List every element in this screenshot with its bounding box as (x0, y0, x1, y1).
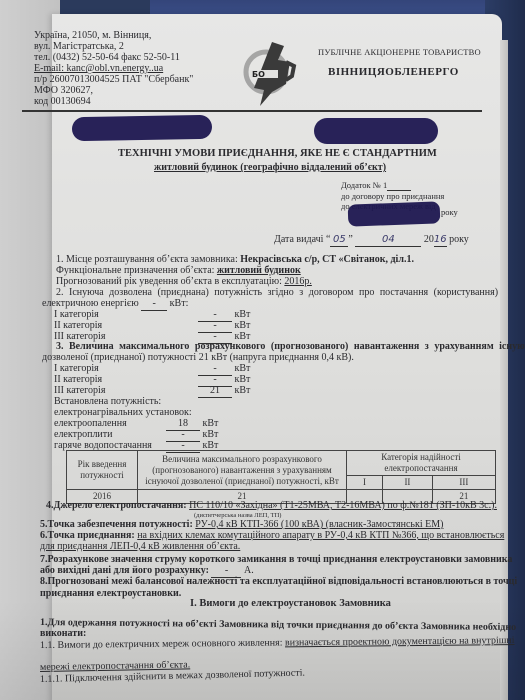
issue-date-label: Дата видачі (274, 234, 323, 245)
th-category: Категорія надійності електропостачання (347, 451, 496, 476)
req-p1-line2: виконати: (40, 628, 86, 640)
item4-row: 4.Джерело електропостачання: ПС 110/10 «… (46, 500, 497, 512)
item5-label: 5.Точка забезпечення потужності: (40, 519, 193, 530)
unit: кВт (235, 309, 251, 320)
issue-year: 16 (434, 234, 447, 247)
purpose-label: Функціональне призначення об’єкта: (56, 265, 214, 276)
section2-prefix: електричною енергією (42, 298, 139, 309)
item7-prefix: або вихідні дані для його розрахунку: (40, 565, 209, 576)
annex-label: Додаток № 1 (341, 180, 387, 190)
redaction-mark (348, 201, 441, 226)
unit: кВт (235, 363, 251, 374)
location-label: 1. Місце розташування об’єкта замовника: (56, 254, 238, 265)
item6-value-line2: для приєднання ЛЕП-0,4 кВ живлення об’єк… (40, 541, 240, 553)
section2-unit: кВт: (170, 298, 189, 309)
item5-value: РУ-0,4 кВ КТП-366 (100 кВА) (власник-Зам… (195, 519, 443, 530)
th-cat-1: I (347, 476, 383, 490)
code-line: код 00130694 (34, 96, 91, 108)
th-load: Величина максимального розрахункового (п… (138, 451, 347, 490)
unit: кВт (235, 385, 251, 396)
issue-month: 04 (355, 234, 421, 247)
annex-number: Додаток № 1 (341, 180, 411, 191)
header-divider (22, 110, 482, 112)
svg-text:БО: БО (252, 70, 265, 79)
company-type: ПУБЛІЧНЕ АКЦІОНЕРНЕ ТОВАРИСТВО (318, 47, 481, 57)
year-label: Прогнозований рік уведення об’єкта в екс… (56, 276, 282, 287)
item8-line1: 8.Прогнозовані межі балансової належност… (40, 576, 517, 588)
company-logo-icon: БО (242, 32, 298, 108)
unit: кВт (235, 374, 251, 385)
document-title: ТЕХНІЧНІ УМОВИ ПРИЄДНАННЯ, ЯКЕ НЕ Є СТАН… (118, 148, 437, 159)
annex-contract: до договору про приєднання (341, 191, 444, 201)
item8-line2: приєднання електроустановки. (40, 588, 181, 600)
req-p11-label: 1.1. Вимоги до електричних мереж основно… (40, 637, 283, 651)
redaction-mark (314, 118, 438, 144)
company-name: ВІННИЦЯОБЛЕНЕРГО (328, 66, 459, 78)
issue-year-prefix: 20 (424, 234, 434, 245)
year-value: 2016р. (284, 276, 312, 287)
item6-value: на вхідних клемах комутаційного апарату … (137, 530, 504, 541)
issue-date-suffix: року (449, 234, 469, 245)
th-cat-2: II (383, 476, 433, 490)
item6-label: 6.Точка приєднання: (40, 530, 135, 541)
s3-cat3-value-row: 21 кВт (198, 385, 250, 398)
redaction-mark (72, 115, 212, 141)
th-year: Рік введення потужності (67, 451, 138, 490)
th-cat-3: III (432, 476, 495, 490)
issue-date: Дата видачі “05” 04 2016 року (274, 234, 469, 247)
item4-note: (диспетчерська назва ЛЕП, ТП) (194, 512, 281, 519)
issue-day: 05 (330, 234, 348, 247)
location-value: Некрасівська с/р, СТ «Світанок, діл.1. (240, 254, 414, 265)
unit: кВт (203, 418, 219, 429)
annex-year-suffix: року (441, 207, 458, 217)
page-stack-edge (500, 40, 508, 700)
s3-cat3-value: 21 (198, 385, 232, 398)
requirements-heading: I. Вимоги до електроустановок Замовника (190, 598, 391, 609)
req-p11-value: визначається проектною документацією на … (285, 635, 515, 648)
unit: кВт (203, 429, 219, 440)
document-subtitle: житловий будинок (географічно віддалений… (154, 162, 386, 173)
section2-value: - (141, 298, 167, 311)
load-table: Рік введення потужності Величина максима… (66, 450, 496, 504)
item7-unit: А. (244, 565, 254, 576)
item4-label: 4.Джерело електропостачання: (46, 500, 187, 511)
item4-value: ПС 110/10 «Західна» (Т1-25МВА, Т2-16МВА)… (189, 500, 497, 511)
purpose-value: житловий будинок (217, 265, 301, 276)
unit: кВт (235, 320, 251, 331)
